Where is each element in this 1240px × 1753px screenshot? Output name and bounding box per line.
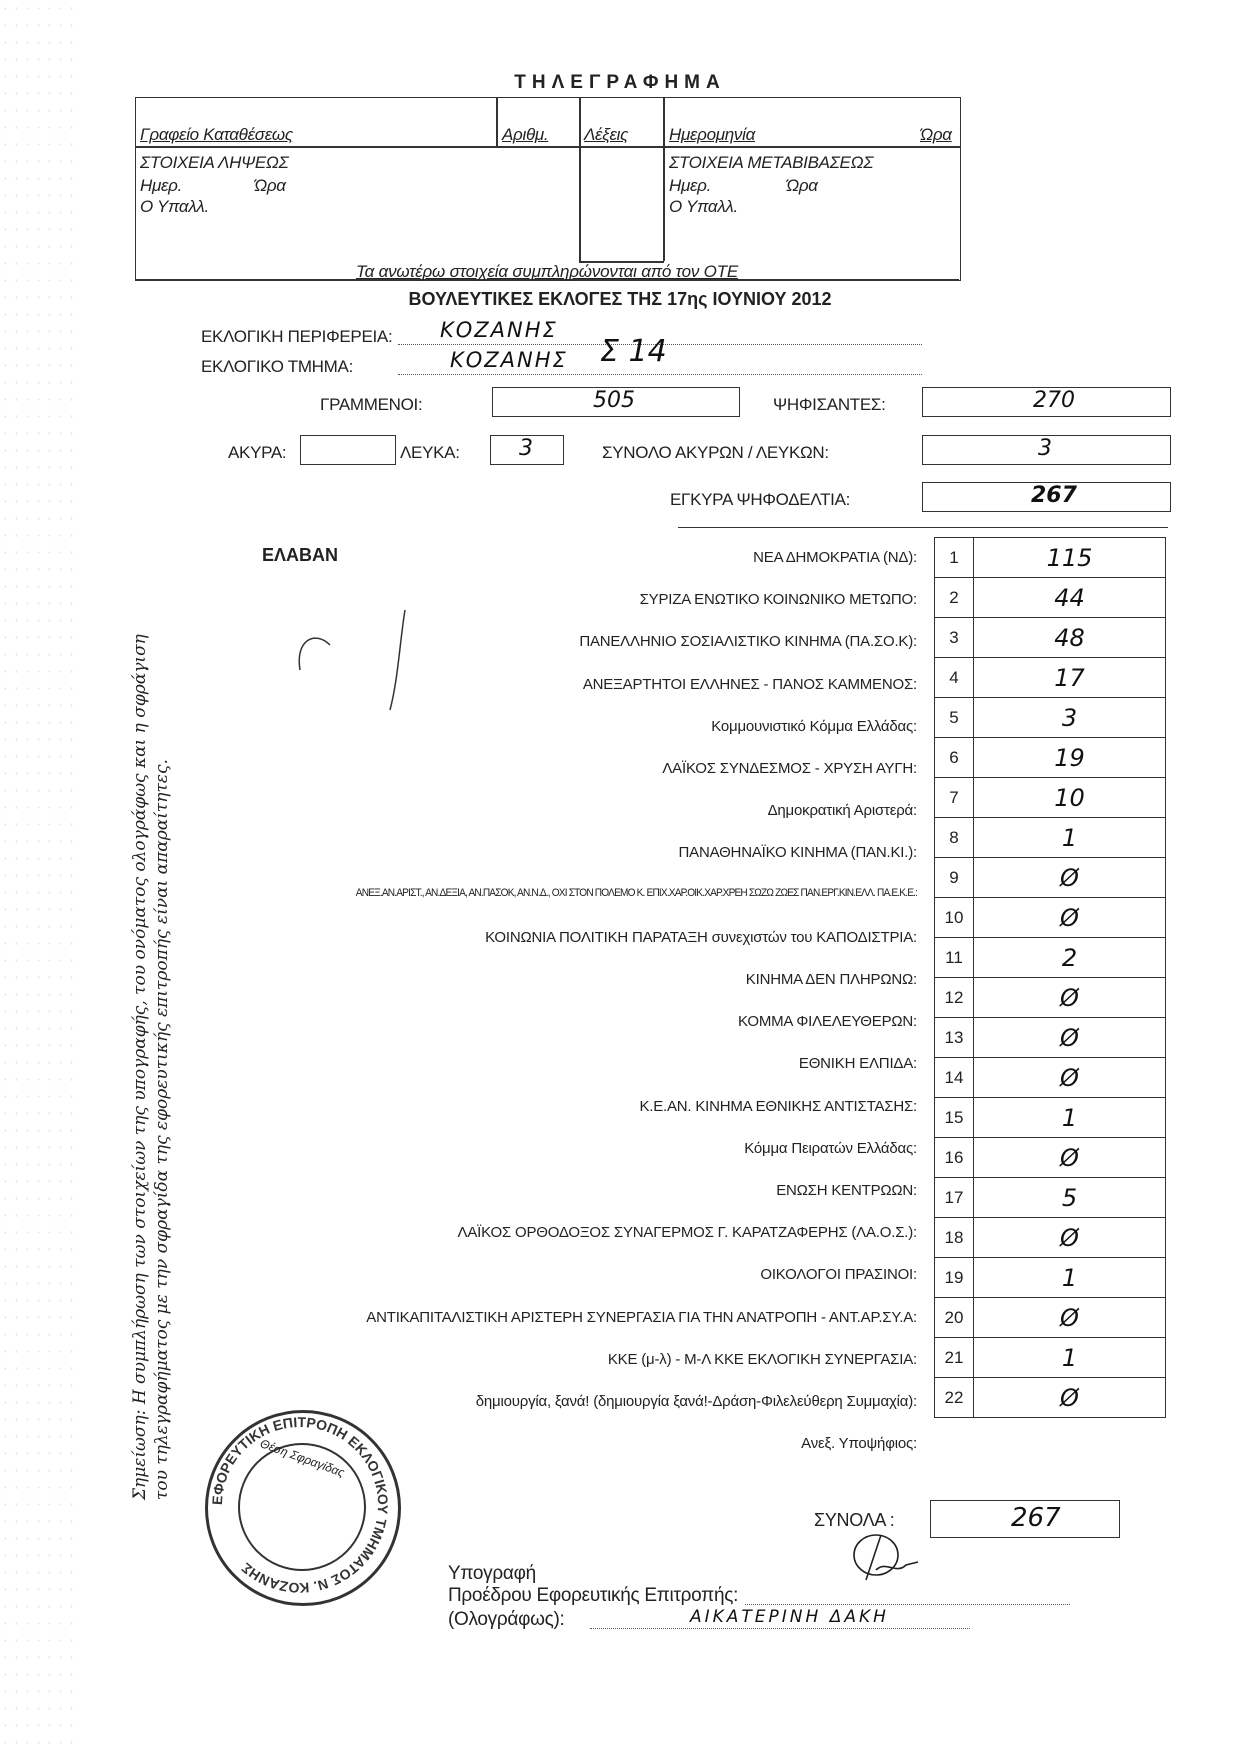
ote-note-text: Τα ανωτέρω στοιχεία συμπληρώνονται από τ… [356,262,738,281]
voted-label: ΨΗΦΙΣΑΝΤΕΣ: [773,395,886,415]
party-votes[interactable]: Ø [974,898,1166,938]
district-value[interactable]: ΚΟΖΑΝΗΣ [440,318,558,342]
party-number: 1 [935,538,974,578]
party-name: ΕΘΝΙΚΗ ΕΛΠΙΔΑ: [799,1055,917,1072]
party-number: 14 [935,1058,974,1098]
scan-noise [0,0,80,1753]
section-value[interactable]: ΚΟΖΑΝΗΣ [450,348,568,372]
date-label: Ημερομηνία [669,125,755,145]
section-number[interactable]: Σ 14 [600,334,667,369]
name-dots [590,1628,970,1629]
table-row: 18Ø [935,1218,1166,1258]
party-name: ΑΝΕΞ.ΑΝ.ΑΡΙΣΤ., ΑΝ.ΔΕΞΙΑ, ΑΝ.ΠΑΣΟΚ, ΑΝ.Ν… [356,887,917,899]
office-label: Γραφείο Καταθέσεως [140,125,293,145]
party-number: 17 [935,1178,974,1218]
party-name: ΚΚΕ (μ-λ) - Μ-Λ ΚΚΕ ΕΚΛΟΓΙΚΗ ΣΥΝΕΡΓΑΣΙΑ: [608,1351,917,1368]
party-votes[interactable]: Ø [974,1058,1166,1098]
table-row: 22Ø [935,1378,1166,1418]
party-votes[interactable]: 17 [974,658,1166,698]
table-row: 53 [935,698,1166,738]
party-number: 18 [935,1218,974,1258]
party-number: 7 [935,778,974,818]
time-label: Ώρα [920,125,952,145]
party-number: 5 [935,698,974,738]
party-number: 6 [935,738,974,778]
party-name: ΠΑΝΕΛΛΗΝΙΟ ΣΟΣΙΑΛΙΣΤΙΚΟ ΚΙΝΗΜΑ (ΠΑ.ΣΟ.Κ)… [579,633,917,650]
votes-table: 111524434841753619710819Ø10Ø11212Ø13Ø14Ø… [934,537,1166,1418]
party-name: ΑΝΤΙΚΑΠΙΤΑΛΙΣΤΙΚΗ ΑΡΙΣΤΕΡΗ ΣΥΝΕΡΓΑΣΙΑ ΓΙ… [366,1309,917,1326]
party-votes[interactable]: Ø [974,978,1166,1018]
party-votes[interactable]: 1 [974,1338,1166,1378]
valid-ballots-label: ΕΓΚΥΡΑ ΨΗΦΟΔΕΛΤΙΑ: [670,490,850,510]
reception-clerk-label: Ο Υπαλλ. [140,197,209,217]
party-number: 10 [935,898,974,938]
telegram-header-table: Γραφείο Καταθέσεως Αριθμ. Λέξεις Ημερομη… [135,97,961,281]
signature-dots [745,1604,1070,1605]
party-name: ΠΑΝΑΘΗΝΑΪΚΟ ΚΙΝΗΜΑ (ΠΑΝ.ΚΙ.): [679,844,917,861]
party-name: δημιουργία, ξανά! (δημιουργία ξανά!-Δράσ… [476,1393,917,1410]
party-number: 11 [935,938,974,978]
official-stamp: ΕΦΟΡΕΥΤΙΚΗ ΕΠΙΤΡΟΠΗ ΕΚΛΟΓΙΚΟΥ ΤΜΗΜΑΤΟΣ Ν… [205,1410,401,1606]
table-row: 710 [935,778,1166,818]
party-votes[interactable]: 3 [974,698,1166,738]
words-label: Λέξεις [584,125,628,145]
president-name[interactable]: ΑΙΚΑΤΕΡΙΝΗ ΔΑΚΗ [690,1607,889,1627]
party-votes[interactable]: 1 [974,818,1166,858]
transmission-time-label: Ώρα [786,176,818,196]
signature-scribble-icon [846,1530,926,1590]
transmission-date-label: Ημερ. [669,176,711,196]
party-number: 2 [935,578,974,618]
party-votes[interactable]: 48 [974,618,1166,658]
party-votes[interactable]: Ø [974,1218,1166,1258]
table-row: 211 [935,1338,1166,1378]
party-name: ΣΥΡΙΖΑ ΕΝΩΤΙΚΟ ΚΟΙΝΩΝΙΚΟ ΜΕΤΩΠΟ: [640,591,917,608]
table-row: 151 [935,1098,1166,1138]
party-name: ΝΕΑ ΔΗΜΟΚΡΑΤΙΑ (ΝΔ): [753,549,917,566]
totals-label: ΣΥΝΟΛΑ : [814,1510,894,1531]
table-row: 13Ø [935,1018,1166,1058]
party-votes[interactable]: Ø [974,1298,1166,1338]
party-votes[interactable]: 2 [974,938,1166,978]
party-name: ΛΑΪΚΟΣ ΣΥΝΔΕΣΜΟΣ - ΧΡΥΣΗ ΑΥΓΗ: [662,760,917,777]
voted-value: 270 [1033,388,1075,413]
table-row: 191 [935,1258,1166,1298]
party-votes[interactable]: 19 [974,738,1166,778]
table-row: 175 [935,1178,1166,1218]
party-votes[interactable]: Ø [974,1018,1166,1058]
party-number: 19 [935,1258,974,1298]
received-heading: ΕΛΑΒΑΝ [262,545,338,566]
table-row: 12Ø [935,978,1166,1018]
party-number: 21 [935,1338,974,1378]
signature-line1: Υπογραφή [448,1563,536,1585]
party-name: Κ.Ε.ΑΝ. ΚΙΝΗΜΑ ΕΘΝΙΚΗΣ ΑΝΤΙΣΤΑΣΗΣ: [639,1098,917,1115]
transmission-heading: ΣΤΟΙΧΕΙΑ ΜΕΤΑΒΙΒΑΣΕΩΣ [669,153,873,173]
party-number: 16 [935,1138,974,1178]
party-number: 22 [935,1378,974,1418]
invalid-field[interactable] [300,435,396,465]
stamp-text-icon: ΕΦΟΡΕΥΤΙΚΗ ΕΠΙΤΡΟΠΗ ΕΚΛΟΓΙΚΟΥ ΤΜΗΜΑΤΟΣ Ν… [205,1410,395,1600]
transmission-clerk-label: Ο Υπαλλ. [669,197,738,217]
party-number: 3 [935,618,974,658]
side-note: Σημείωση: Η συμπλήρωση των στοιχείων της… [130,520,210,1500]
invalid-blank-total-field[interactable]: 3 [922,435,1171,465]
party-name: ΚΟΜΜΑ ΦΙΛΕΛΕΥΘΕΡΩΝ: [738,1013,917,1030]
table-row: 417 [935,658,1166,698]
svg-text:ΕΦΟΡΕΥΤΙΚΗ ΕΠΙΤΡΟΠΗ ΕΚΛΟΓΙΚΟΥ: ΕΦΟΡΕΥΤΙΚΗ ΕΠΙΤΡΟΠΗ ΕΚΛΟΓΙΚΟΥ ΤΜΗΜΑΤΟΣ Ν… [209,1414,391,1596]
document-title: ΤΗΛΕΓΡΑΦΗΜΑ [0,72,1240,94]
party-number: 4 [935,658,974,698]
pen-scribble-icon [290,600,430,720]
party-votes[interactable]: 5 [974,1178,1166,1218]
table-row: 14Ø [935,1058,1166,1098]
party-name: Κομμουνιστικό Κόμμα Ελλάδας: [711,718,917,735]
ote-note: Τα ανωτέρω στοιχεία συμπληρώνονται από τ… [135,262,959,280]
party-votes[interactable]: 10 [974,778,1166,818]
party-number: 20 [935,1298,974,1338]
party-votes[interactable]: 44 [974,578,1166,618]
totals-value: 267 [1011,1503,1061,1533]
party-number: 15 [935,1098,974,1138]
signature-line2: Προέδρου Εφορευτικής Επιτροπής: [448,1585,738,1607]
party-name: ΕΝΩΣΗ ΚΕΝΤΡΩΩΝ: [776,1182,917,1199]
invalid-label: ΑΚΥΡΑ: [228,443,286,463]
party-votes[interactable]: Ø [974,1378,1166,1418]
registered-field[interactable]: 505 [492,387,740,417]
party-votes[interactable]: Ø [974,858,1166,898]
separator-line [678,527,1168,528]
table-row: 20Ø [935,1298,1166,1338]
table-row: 10Ø [935,898,1166,938]
table-row: 619 [935,738,1166,778]
section-line [398,374,922,375]
party-number: 8 [935,818,974,858]
party-name: ΑΝΕΞΑΡΤΗΤΟΙ ΕΛΛΗΝΕΣ - ΠΑΝΟΣ ΚΑΜΜΕΝΟΣ: [583,676,917,693]
valid-ballots-value: 267 [1031,483,1077,508]
table-row: 81 [935,818,1166,858]
blank-label: ΛΕΥΚΑ: [400,443,460,463]
party-votes[interactable]: 1 [974,1258,1166,1298]
party-name: ΟΙΚΟΛΟΓΟΙ ΠΡΑΣΙΝΟΙ: [760,1266,917,1283]
table-row: 112 [935,938,1166,978]
totals-field[interactable]: 267 [930,1500,1120,1538]
invalid-blank-total-value: 3 [1038,436,1052,461]
party-name: ΛΑΪΚΟΣ ΟΡΘΟΔΟΞΟΣ ΣΥΝΑΓΕΡΜΟΣ Γ. ΚΑΡΑΤΖΑΦΕ… [458,1224,917,1241]
reception-time-label: Ώρα [254,176,286,196]
valid-ballots-field[interactable]: 267 [922,482,1171,512]
table-row: 16Ø [935,1138,1166,1178]
table-row: 1115 [935,538,1166,578]
table-row: 348 [935,618,1166,658]
party-votes[interactable]: 1 [974,1098,1166,1138]
voted-field[interactable]: 270 [922,387,1171,417]
invalid-blank-total-label: ΣΥΝΟΛΟ ΑΚΥΡΩΝ / ΛΕΥΚΩΝ: [602,443,829,463]
side-note-line2: του τηλεγραφήματος με την σφραγίδα της ε… [152,759,172,1500]
registered-label: ΓΡΑΜΜΕΝΟΙ: [320,395,422,415]
signature-line3: (Ολογράφως): [448,1609,565,1631]
side-note-line1: Σημείωση: Η συμπλήρωση των στοιχείων της… [130,634,150,1500]
reception-heading: ΣΤΟΙΧΕΙΑ ΛΗΨΕΩΣ [140,153,288,173]
party-name: ΚΟΙΝΩΝΙΑ ΠΟΛΙΤΙΚΗ ΠΑΡΑΤΑΞΗ συνεχιστών το… [485,929,917,946]
party-name: Δημοκρατική Αριστερά: [768,802,917,819]
reception-date-label: Ημερ. [140,176,182,196]
party-name: Ανεξ. Υποψήφιος: [801,1435,917,1452]
section-label: ΕΚΛΟΓΙΚΟ ΤΜΗΜΑ: [201,357,353,377]
party-number: 13 [935,1018,974,1058]
party-name: ΚΙΝΗΜΑ ΔΕΝ ΠΛΗΡΩΝΩ: [746,971,917,988]
party-name: Κόμμα Πειρατών Ελλάδας: [744,1140,917,1157]
table-row: 244 [935,578,1166,618]
election-title: ΒΟΥΛΕΥΤΙΚΕΣ ΕΚΛΟΓΕΣ ΤΗΣ 17ης ΙΟΥΝΙΟΥ 201… [0,289,1240,310]
blank-field[interactable]: 3 [490,435,564,465]
registered-value: 505 [593,388,635,413]
party-votes[interactable]: 115 [974,538,1166,578]
district-label: ΕΚΛΟΓΙΚΗ ΠΕΡΙΦΕΡΕΙΑ: [201,327,392,347]
party-number: 12 [935,978,974,1018]
blank-value: 3 [519,436,533,461]
number-label: Αριθμ. [502,125,548,145]
party-number: 9 [935,858,974,898]
table-row: 9Ø [935,858,1166,898]
party-votes[interactable]: Ø [974,1138,1166,1178]
